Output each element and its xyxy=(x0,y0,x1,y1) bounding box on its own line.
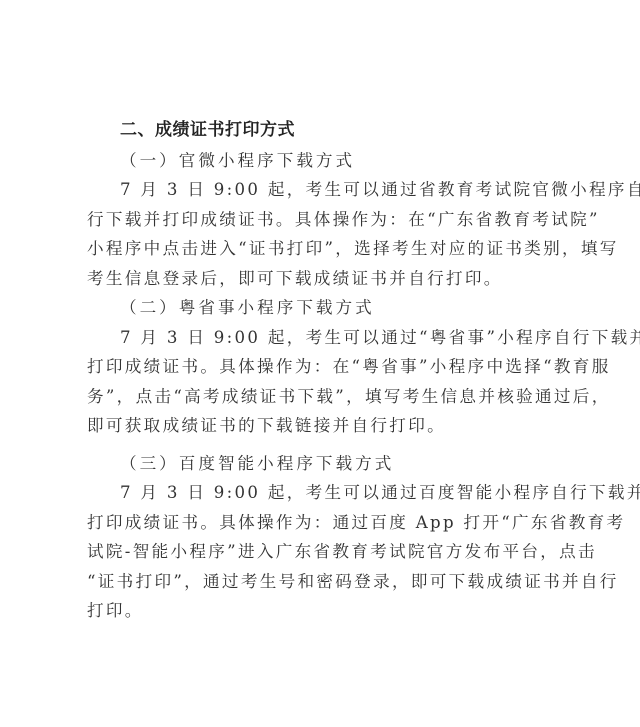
subsection-title-baidu-miniprogram: （三）百度智能小程序下载方式 xyxy=(87,449,557,479)
paragraph-official-miniprogram: 7 月 3 日 9:00 起，考生可以通过省教育考试院官微小程序自 行下载并打印… xyxy=(87,175,557,293)
text-line: 考生信息登录后，即可下载成绩证书并自行打印。 xyxy=(54,264,557,294)
text-line: 试院-智能小程序”进入广东省教育考试院官方发布平台，点击 xyxy=(54,537,557,567)
text-line: 打印。 xyxy=(54,596,557,626)
text-line: 7 月 3 日 9:00 起，考生可以通过省教育考试院官微小程序自 xyxy=(87,175,557,205)
section-heading: 二、成绩证书打印方式 xyxy=(87,116,557,146)
text-line: 行下载并打印成绩证书。具体操作为：在“广东省教育考试院” xyxy=(54,205,557,235)
subsection-title-yueshengshi-miniprogram: （二）粤省事小程序下载方式 xyxy=(87,293,557,323)
paragraph-yueshengshi-miniprogram: 7 月 3 日 9:00 起，考生可以通过“粤省事”小程序自行下载并 打印成绩证… xyxy=(87,323,557,441)
text-line: 7 月 3 日 9:00 起，考生可以通过百度智能小程序自行下载并 xyxy=(87,478,557,508)
paragraph-baidu-miniprogram: 7 月 3 日 9:00 起，考生可以通过百度智能小程序自行下载并 打印成绩证书… xyxy=(87,478,557,626)
subsection-title-official-miniprogram: （一）官微小程序下载方式 xyxy=(87,146,557,176)
text-line: 7 月 3 日 9:00 起，考生可以通过“粤省事”小程序自行下载并 xyxy=(87,323,557,353)
text-line: 打印成绩证书。具体操作为：通过百度 App 打开“广东省教育考 xyxy=(54,508,557,538)
text-line: 小程序中点击进入“证书打印”，选择考生对应的证书类别，填写 xyxy=(54,234,557,264)
document-page: 二、成绩证书打印方式 （一）官微小程序下载方式 7 月 3 日 9:00 起，考… xyxy=(87,116,557,626)
text-line: 务”，点击“高考成绩证书下载”，填写考生信息并核验通过后， xyxy=(54,382,557,412)
text-line: “证书打印”，通过考生号和密码登录，即可下载成绩证书并自行 xyxy=(54,567,557,597)
text-line: 即可获取成绩证书的下载链接并自行打印。 xyxy=(54,411,557,441)
text-line: 打印成绩证书。具体操作为：在“粤省事”小程序中选择“教育服 xyxy=(54,352,557,382)
